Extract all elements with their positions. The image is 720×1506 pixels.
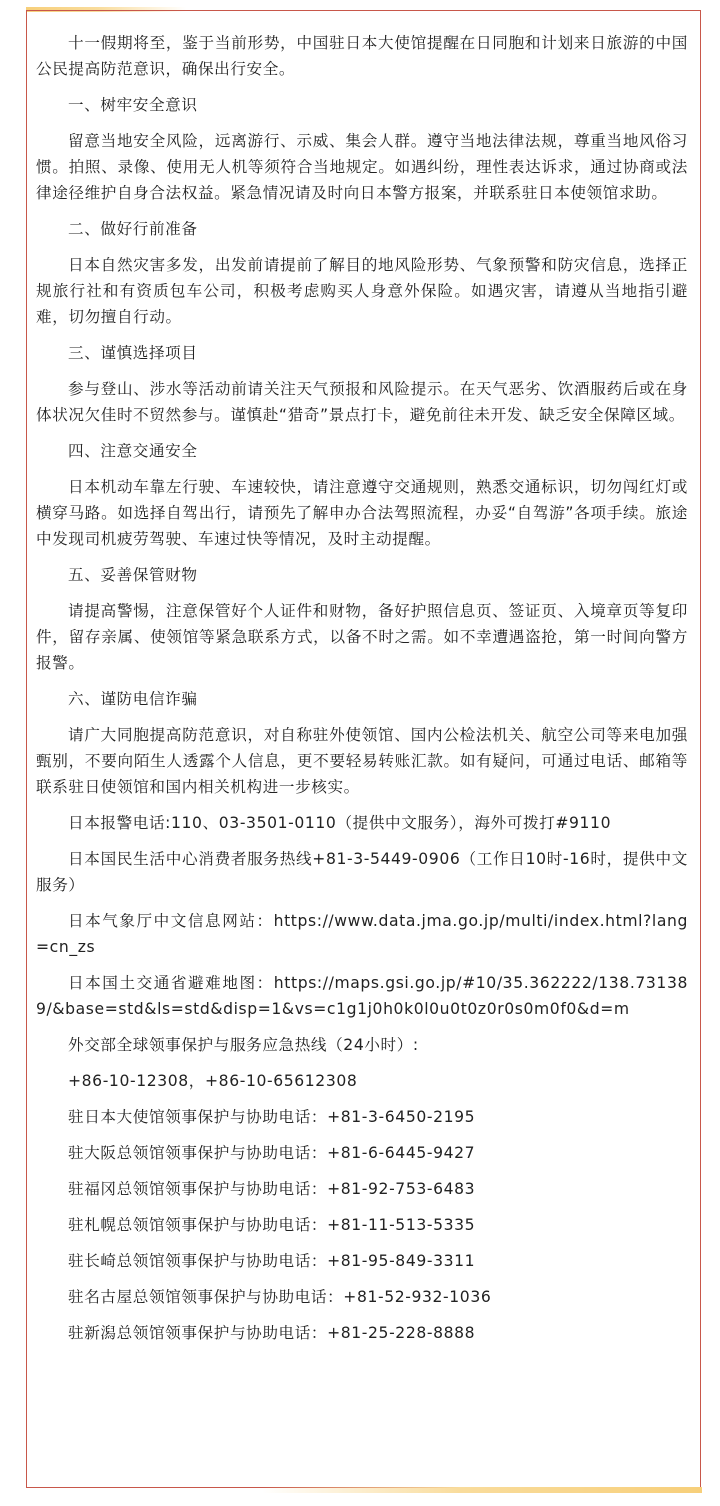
section-body-2: 日本自然灾害多发，出发前请提前了解目的地风险形势、气象预警和防灾信息，选择正规旅… — [36, 252, 688, 330]
section-heading-6: 六、谨防电信诈骗 — [36, 686, 688, 712]
consulate-contact-fukuoka: 驻福冈总领馆领事保护与协助电话：+81-92-753-6483 — [36, 1176, 688, 1202]
jma-website-label: 日本气象厅中文信息网站： — [68, 912, 274, 930]
section-body-4: 日本机动车靠左行驶、车速较快，请注意遵守交通规则，熟悉交通标识，切勿闯红灯或横穿… — [36, 474, 688, 552]
section-body-6: 请广大同胞提高防范意识，对自称驻外使领馆、国内公检法机关、航空公司等来电加强甄别… — [36, 722, 688, 800]
section-heading-1: 一、树牢安全意识 — [36, 92, 688, 118]
police-phone-info: 日本报警电话:110、03-3501-0110（提供中文服务），海外可拨打#91… — [36, 810, 688, 836]
section-heading-4: 四、注意交通安全 — [36, 438, 688, 464]
consulate-contact-nagoya: 驻名古屋总领馆领事保护与协助电话：+81-52-932-1036 — [36, 1284, 688, 1310]
jma-website-info: 日本气象厅中文信息网站：https://www.data.jma.go.jp/m… — [36, 908, 688, 960]
section-body-5: 请提高警惕，注意保管好个人证件和财物，备好护照信息页、签证页、入境章页等复印件，… — [36, 598, 688, 676]
intro-paragraph: 十一假期将至，鉴于当前形势，中国驻日本大使馆提醒在日同胞和计划来日旅游的中国公民… — [36, 30, 688, 82]
section-heading-2: 二、做好行前准备 — [36, 216, 688, 242]
mfa-hotline-label: 外交部全球领事保护与服务应急热线（24小时）: — [36, 1032, 688, 1058]
gsi-map-label: 日本国土交通省避难地图： — [68, 974, 274, 992]
mfa-hotline-numbers: +86-10-12308，+86-10-65612308 — [36, 1068, 688, 1094]
gsi-map-info: 日本国土交通省避难地图：https://maps.gsi.go.jp/#10/3… — [36, 970, 688, 1022]
decorative-gold-bar-bottom — [262, 1487, 702, 1493]
consulate-contact-osaka: 驻大阪总领馆领事保护与协助电话：+81-6-6445-9427 — [36, 1140, 688, 1166]
section-heading-5: 五、妥善保管财物 — [36, 562, 688, 588]
consulate-contact-tokyo: 驻日本大使馆领事保护与协助电话：+81-3-6450-2195 — [36, 1104, 688, 1130]
consulate-contact-sapporo: 驻札幌总领馆领事保护与协助电话：+81-11-513-5335 — [36, 1212, 688, 1238]
section-body-1: 留意当地安全风险，远离游行、示威、集会人群。遵守当地法律法规，尊重当地风俗习惯。… — [36, 128, 688, 206]
consumer-hotline-info: 日本国民生活中心消费者服务热线+81-3-5449-0906（工作日10时-16… — [36, 846, 688, 898]
section-heading-3: 三、谨慎选择项目 — [36, 340, 688, 366]
consulate-contact-nagasaki: 驻长崎总领馆领事保护与协助电话：+81-95-849-3311 — [36, 1248, 688, 1274]
notice-content: 十一假期将至，鉴于当前形势，中国驻日本大使馆提醒在日同胞和计划来日旅游的中国公民… — [36, 30, 688, 1356]
consulate-contact-niigata: 驻新潟总领馆领事保护与协助电话：+81-25-228-8888 — [36, 1320, 688, 1346]
section-body-3: 参与登山、涉水等活动前请关注天气预报和风险提示。在天气恶劣、饮酒服药后或在身体状… — [36, 376, 688, 428]
